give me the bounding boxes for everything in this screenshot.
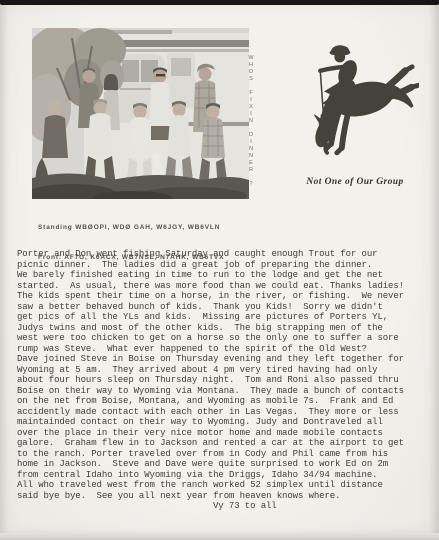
vertical-caption-char: N	[245, 146, 257, 153]
scan-edge-top	[0, 0, 439, 5]
vertical-caption-char: O	[245, 69, 257, 76]
bucking-bronco-illustration	[287, 40, 419, 164]
body-text-line: said bye bye. See you all next year from…	[17, 491, 435, 502]
body-text-line: home in Jackson. Steve and Dave were qui…	[17, 459, 435, 470]
vertical-caption-char: ?	[245, 181, 257, 188]
body-text-line: Judys twins and most of the other kids. …	[17, 323, 435, 334]
vertical-caption-char: N	[245, 153, 257, 160]
body-text-line: started. As usual, there was more food t…	[17, 281, 435, 292]
body-text-line: We barely finished eating in time to run…	[17, 270, 435, 281]
body-text-line: saw a better behaved bunch of kids. Than…	[17, 302, 435, 313]
body-text-line: Porter and Don went fishing Saturday and…	[17, 249, 435, 260]
vertical-caption-char: H	[245, 62, 257, 69]
body-text-line: Boise on their way to Wyoming via Montan…	[17, 386, 435, 397]
vertical-caption-char: F	[245, 90, 257, 97]
vertical-caption-char: I	[245, 111, 257, 118]
body-text-line: get pics of all the YLs and kids. Missin…	[17, 312, 435, 323]
vertical-caption-char: W	[245, 55, 257, 62]
body-text-line: over the place in their very nice motor …	[17, 428, 435, 439]
body-text-line: All who traveled west from the ranch wor…	[17, 480, 435, 491]
scan-edge-bottom	[0, 533, 439, 540]
body-text-line: picnic dinner. The ladies did a great jo…	[17, 260, 435, 271]
group-photo	[32, 28, 249, 199]
vertical-caption-char: N	[245, 118, 257, 125]
vertical-caption-char	[245, 174, 257, 181]
body-text-line: The kids spent their time on a horse, in…	[17, 291, 435, 302]
body-text-line: on the net from Boise, Montana, and Wyom…	[17, 396, 435, 407]
illustration-caption: Not One of Our Group	[280, 177, 430, 187]
vertical-caption-char: E	[245, 160, 257, 167]
body-text-line: Wyoming at 5 am. They arrived about 4 pm…	[17, 365, 435, 376]
vertical-caption-char: D	[245, 132, 257, 139]
body-text-line: galore. Graham flew in to Jackson and re…	[17, 438, 435, 449]
article-body: Porter and Don went fishing Saturday and…	[17, 249, 435, 501]
vertical-caption-char: I	[245, 139, 257, 146]
bronco-horse	[313, 67, 418, 153]
body-text-line: Dave joined Steve in Boise on Thursday e…	[17, 354, 435, 365]
photo-caption-line-standing: Standing WBØOPI, WDØ GAH, W6JGY, WB6VLN	[38, 223, 224, 233]
scanned-newsletter-page: WHOS FIXIN DINNER ?	[0, 0, 439, 540]
closing-line: Vy 73 to all	[213, 501, 277, 511]
body-text-line: to the ranch. Porter traveled over from …	[17, 449, 435, 460]
vertical-caption-char: X	[245, 104, 257, 111]
vertical-caption-char: R	[245, 167, 257, 174]
body-text-line: about four hours sleep on Thursday night…	[17, 375, 435, 386]
photo-vertical-caption: WHOS FIXIN DINNER ?	[245, 55, 257, 188]
vertical-caption-char	[245, 125, 257, 132]
body-text-line: west were too chicken to get on a horse …	[17, 333, 435, 344]
vertical-caption-char: I	[245, 97, 257, 104]
body-text-line: accidently made contact with each other …	[17, 407, 435, 418]
vertical-caption-char	[245, 83, 257, 90]
vertical-caption-char: S	[245, 76, 257, 83]
body-text-line: rump was Steve. What ever happened to th…	[17, 344, 435, 355]
body-text-line: maintainded contact on their way to Wyom…	[17, 417, 435, 428]
body-text-line: from central Idaho into Wyoming via the …	[17, 470, 435, 481]
